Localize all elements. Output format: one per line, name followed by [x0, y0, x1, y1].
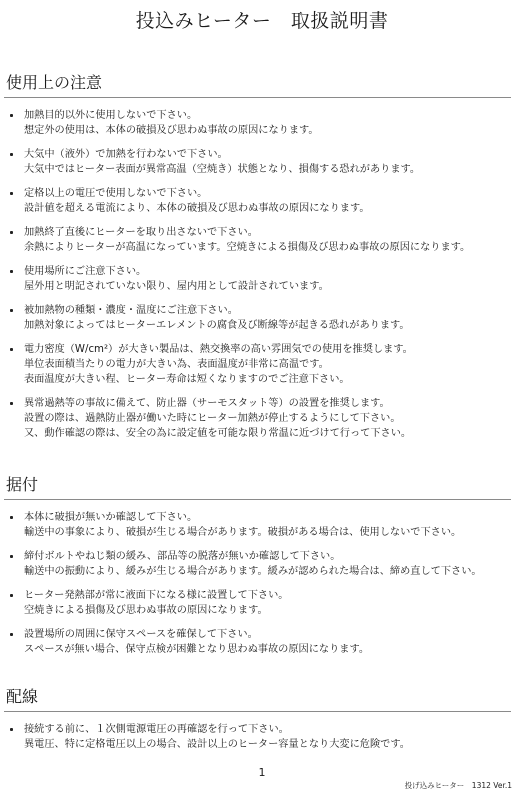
list-item: 使用場所にご注意下さい。 屋外用と明記されていない限り、屋内用として設計されてい… [10, 264, 524, 294]
bullet-icon [10, 231, 13, 234]
bullet-icon [10, 594, 13, 597]
section-heading: 配線 [4, 684, 511, 712]
bullet-icon [10, 516, 13, 519]
footer-note: 投げ込みヒーター 1312 Ver.1 [405, 780, 512, 791]
item-text: 被加熱物の種類・濃度・温度にご注意下さい。 [24, 303, 524, 318]
installation-list: 本体に破損が無いか確認して下さい。 輸送中の事象により、破損が生じる場合がありま… [0, 510, 524, 657]
list-item: 電力密度（W/cm²）が大きい製品は、熱交換率の高い雰囲気での使用を推奨します。… [10, 342, 524, 387]
section-installation: 据付 本体に破損が無いか確認して下さい。 輸送中の事象により、破損が生じる場合が… [0, 472, 524, 657]
item-detail: 表面温度が大きい程、ヒーター寿命は短くなりますのでご注意下さい。 [24, 372, 524, 387]
page-number: 1 [0, 766, 524, 779]
precaution-list: 加熱目的以外に使用しないで下さい。 想定外の使用は、本体の破損及び思わぬ事故の原… [0, 108, 524, 441]
item-detail: 空焼きによる損傷及び思わぬ事故の原因になります。 [24, 603, 524, 618]
item-text: 使用場所にご注意下さい。 [24, 264, 524, 279]
list-item: 定格以上の電圧で使用しないで下さい。 設計値を超える電流により、本体の破損及び思… [10, 186, 524, 216]
list-item: 異常過熱等の事故に備えて、防止器（サーモスタット等）の設置を推奨します。 設置の… [10, 396, 524, 441]
item-detail: 異電圧、特に定格電圧以上の場合、設計以上のヒーター容量となり大変に危険です。 [24, 737, 524, 752]
item-text: 設置場所の周囲に保守スペースを確保して下さい。 [24, 627, 524, 642]
item-text: 異常過熱等の事故に備えて、防止器（サーモスタット等）の設置を推奨します。 [24, 396, 524, 411]
list-item: 接続する前に、１次側電源電圧の再確認を行って下さい。 異電圧、特に定格電圧以上の… [10, 722, 524, 752]
item-text: 接続する前に、１次側電源電圧の再確認を行って下さい。 [24, 722, 524, 737]
item-detail: 余熱によりヒーターが高温になっています。空焼きによる損傷及び思わぬ事故の原因にな… [24, 240, 524, 255]
bullet-icon [10, 114, 13, 117]
item-detail: 屋外用と明記されていない限り、屋内用として設計されています。 [24, 279, 524, 294]
section-usage-precautions: 使用上の注意 加熱目的以外に使用しないで下さい。 想定外の使用は、本体の破損及び… [0, 70, 524, 441]
bullet-icon [10, 270, 13, 273]
item-detail: 輸送中の事象により、破損が生じる場合があります。破損がある場合は、使用しないで下… [24, 525, 524, 540]
wiring-list: 接続する前に、１次側電源電圧の再確認を行って下さい。 異電圧、特に定格電圧以上の… [0, 722, 524, 752]
list-item: 締付ボルトやねじ類の緩み、部品等の脱落が無いか確認して下さい。 輸送中の振動によ… [10, 549, 524, 579]
section-heading: 使用上の注意 [4, 70, 511, 98]
item-text: 本体に破損が無いか確認して下さい。 [24, 510, 524, 525]
item-detail: 加熱対象によってはヒーターエレメントの腐食及び断線等が起きる恐れがあります。 [24, 318, 524, 333]
item-detail: 設計値を超える電流により、本体の破損及び思わぬ事故の原因になります。 [24, 201, 524, 216]
item-text: 大気中（液外）で加熱を行わないで下さい。 [24, 147, 524, 162]
item-text: 定格以上の電圧で使用しないで下さい。 [24, 186, 524, 201]
bullet-icon [10, 348, 13, 351]
bullet-icon [10, 633, 13, 636]
item-text: 電力密度（W/cm²）が大きい製品は、熱交換率の高い雰囲気での使用を推奨します。 [24, 342, 524, 357]
item-text: 締付ボルトやねじ類の緩み、部品等の脱落が無いか確認して下さい。 [24, 549, 524, 564]
item-detail: 大気中ではヒーター表面が異常高温（空焼き）状態となり、損傷する恐れがあります。 [24, 162, 524, 177]
list-item: 本体に破損が無いか確認して下さい。 輸送中の事象により、破損が生じる場合がありま… [10, 510, 524, 540]
item-detail: 想定外の使用は、本体の破損及び思わぬ事故の原因になります。 [24, 123, 524, 138]
list-item: ヒーター発熱部が常に液面下になる様に設置して下さい。 空焼きによる損傷及び思わぬ… [10, 588, 524, 618]
list-item: 被加熱物の種類・濃度・温度にご注意下さい。 加熱対象によってはヒーターエレメント… [10, 303, 524, 333]
bullet-icon [10, 192, 13, 195]
list-item: 加熱終了直後にヒーターを取り出さないで下さい。 余熱によりヒーターが高温になって… [10, 225, 524, 255]
item-detail: 又、動作確認の際は、安全の為に設定値を可能な限り常温に近づけて行って下さい。 [24, 426, 524, 441]
list-item: 加熱目的以外に使用しないで下さい。 想定外の使用は、本体の破損及び思わぬ事故の原… [10, 108, 524, 138]
item-text: ヒーター発熱部が常に液面下になる様に設置して下さい。 [24, 588, 524, 603]
list-item: 大気中（液外）で加熱を行わないで下さい。 大気中ではヒーター表面が異常高温（空焼… [10, 147, 524, 177]
bullet-icon [10, 309, 13, 312]
item-text: 加熱目的以外に使用しないで下さい。 [24, 108, 524, 123]
document-title: 投込みヒーター 取扱説明書 [0, 6, 524, 33]
list-item: 設置場所の周囲に保守スペースを確保して下さい。 スペースが無い場合、保守点検が困… [10, 627, 524, 657]
bullet-icon [10, 728, 13, 731]
item-text: 加熱終了直後にヒーターを取り出さないで下さい。 [24, 225, 524, 240]
bullet-icon [10, 555, 13, 558]
item-detail: スペースが無い場合、保守点検が困難となり思わぬ事故の原因になります。 [24, 642, 524, 657]
item-detail: 輸送中の振動により、緩みが生じる場合があります。緩みが認められた場合は、締め直し… [24, 564, 499, 579]
section-heading: 据付 [4, 472, 511, 500]
section-wiring: 配線 接続する前に、１次側電源電圧の再確認を行って下さい。 異電圧、特に定格電圧… [0, 684, 524, 752]
item-detail: 設置の際は、過熱防止器が働いた時にヒーター加熱が停止するようにして下さい。 [24, 411, 524, 426]
bullet-icon [10, 402, 13, 405]
item-detail: 単位表面積当たりの電力が大きい為、表面温度が非常に高温です。 [24, 357, 524, 372]
bullet-icon [10, 153, 13, 156]
